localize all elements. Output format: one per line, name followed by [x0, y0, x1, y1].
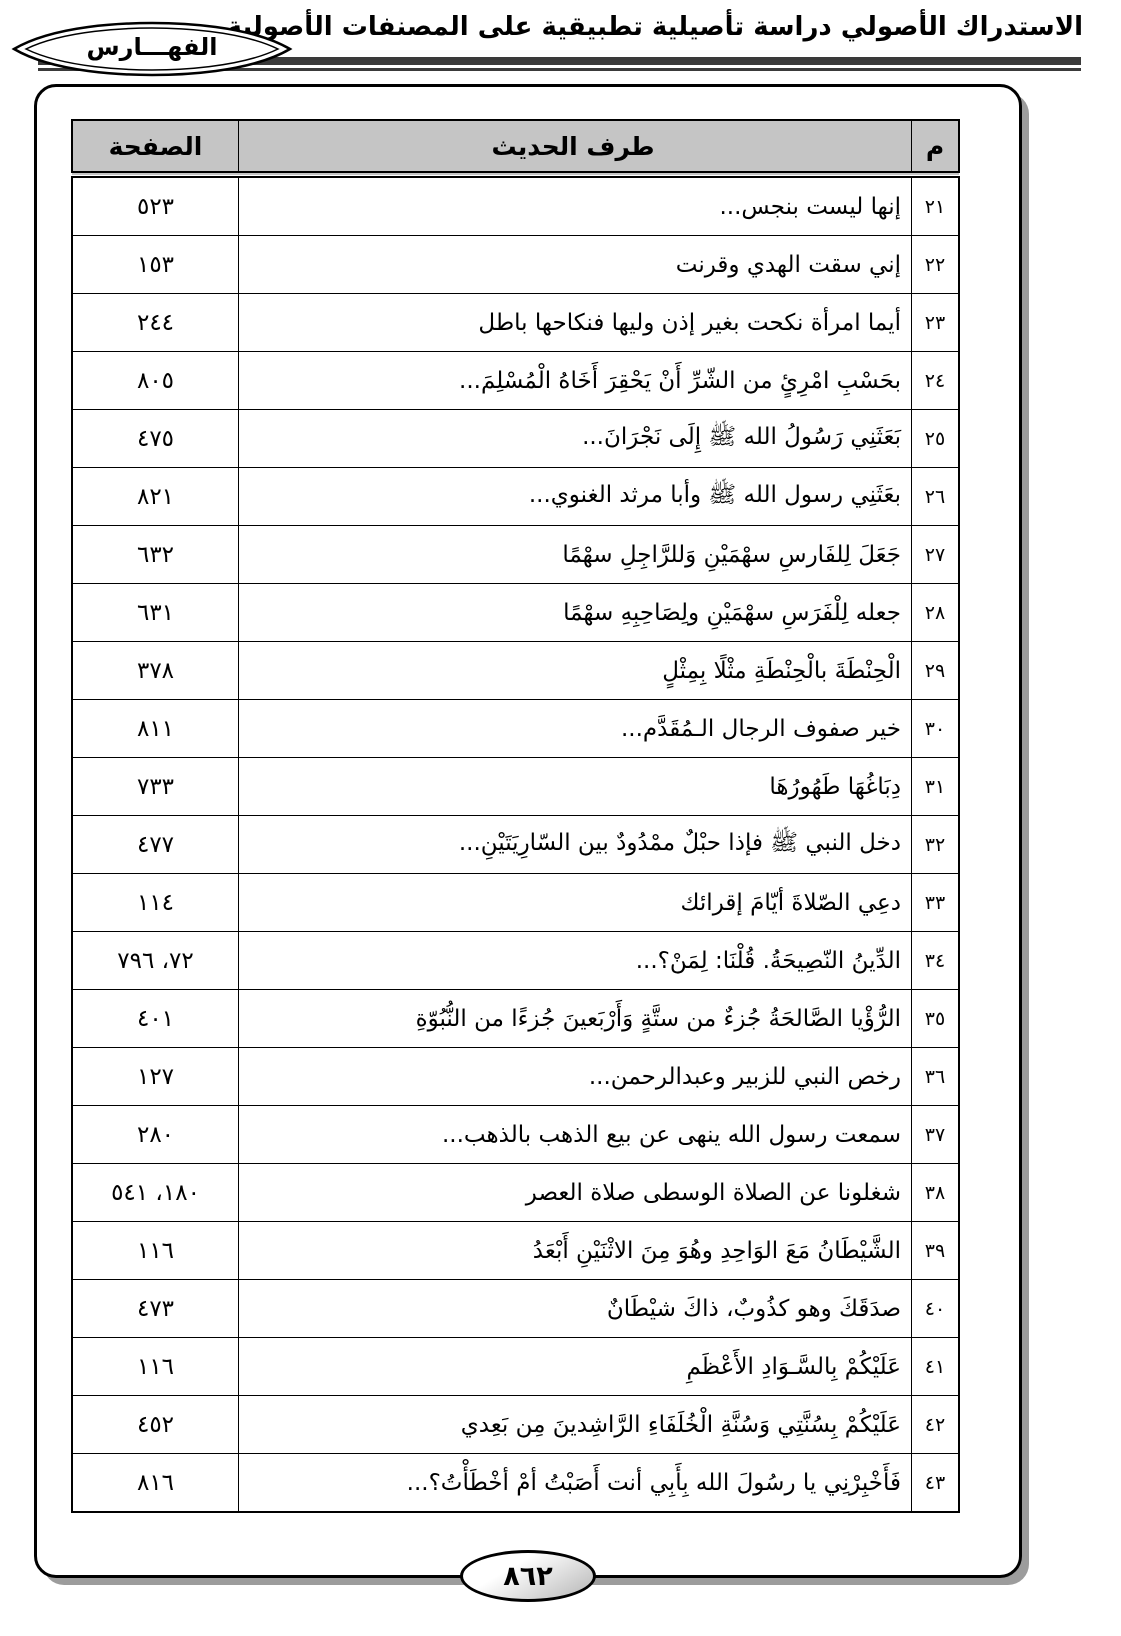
cell-text: الشَّيْطَانُ مَعَ الوَاحِدِ وهُوَ مِنَ ا…: [239, 1222, 912, 1280]
cell-text: شغلونا عن الصلاة الوسطى صلاة العصر: [239, 1164, 912, 1222]
cell-num: ٣٠: [912, 700, 960, 758]
cell-page: ٧٣٣: [72, 758, 239, 816]
cell-num: ٢١: [912, 175, 960, 236]
cell-num: ٤٠: [912, 1280, 960, 1338]
table-row: ٢١إنها ليست بنجس...٥٢٣: [72, 175, 959, 236]
cell-text: الْحِنْطَةَ بالْحِنْطَةِ مثْلًا بِمِثْلٍ: [239, 642, 912, 700]
cell-page: ١١٤: [72, 874, 239, 932]
cell-text: سمعت رسول الله ينهى عن بيع الذهب بالذهب.…: [239, 1106, 912, 1164]
table-row: ٣٧سمعت رسول الله ينهى عن بيع الذهب بالذه…: [72, 1106, 959, 1164]
cell-page: ٨٠٥: [72, 352, 239, 410]
cell-text: جَعَلَ لِلفَارسِ سهْمَيْنِ وَللرَّاجِلِ …: [239, 526, 912, 584]
cell-text: دعِي الصّلاةَ أيّامَ إقرائك: [239, 874, 912, 932]
table-row: ٤٣فَأَخْبِرْنِي يا رسُولَ الله بِأَبِي أ…: [72, 1454, 959, 1513]
table-row: ٣٩الشَّيْطَانُ مَعَ الوَاحِدِ وهُوَ مِنَ…: [72, 1222, 959, 1280]
table-row: ٣٢دخل النبي ﷺ فإذا حبْلٌ ممْدُودٌ بين ال…: [72, 816, 959, 874]
cell-num: ٣٩: [912, 1222, 960, 1280]
cell-num: ٢٩: [912, 642, 960, 700]
cell-page: ٤٥٢: [72, 1396, 239, 1454]
cell-num: ٢٧: [912, 526, 960, 584]
book-page: الاستدراك الأصولي دراسة تأصيلية تطبيقية …: [0, 0, 1121, 1636]
table-row: ٣٠خير صفوف الرجال الـمُقَدَّم...٨١١: [72, 700, 959, 758]
hadith-table-body: ٢١إنها ليست بنجس...٥٢٣٢٢إني سقت الهدي وق…: [72, 175, 959, 1513]
cell-text: جعله لِلْفَرَسِ سهْمَيْنِ ولِصَاحِبِهِ س…: [239, 584, 912, 642]
badge-label: الفهـــارس: [10, 20, 294, 78]
cell-text: إنها ليست بنجس...: [239, 175, 912, 236]
cell-page: ٨١٦: [72, 1454, 239, 1513]
table-header: م طرف الحديث الصفحة: [72, 120, 959, 175]
table-row: ٣٥الرُّؤْيا الصَّالحَةُ جُزءٌ من ستَّةٍ …: [72, 990, 959, 1048]
cell-text: عَلَيْكُمْ بِسُنَّتِي وَسُنَّةِ الْخُلَف…: [239, 1396, 912, 1454]
cell-page: ١٢٧: [72, 1048, 239, 1106]
table-row: ٢٦بعَثَنِي رسول الله ﷺ وأبا مرثد الغنوي.…: [72, 468, 959, 526]
cell-text: بحَسْبِ امْرِئٍ من الشّرِّ أَنْ يَحْقِرَ…: [239, 352, 912, 410]
indexes-badge: الفهـــارس: [10, 20, 294, 78]
cell-page: ٢٤٤: [72, 294, 239, 352]
book-title: الاستدراك الأصولي دراسة تأصيلية تطبيقية …: [197, 12, 1083, 42]
table-row: ٣١دِبَاغُهَا طَهُورُهَا٧٣٣: [72, 758, 959, 816]
cell-num: ٢٨: [912, 584, 960, 642]
cell-num: ٣٥: [912, 990, 960, 1048]
cell-page: ٤٧٣: [72, 1280, 239, 1338]
table-row: ٣٣دعِي الصّلاةَ أيّامَ إقرائك١١٤: [72, 874, 959, 932]
cell-text: فَأَخْبِرْنِي يا رسُولَ الله بِأَبِي أنت…: [239, 1454, 912, 1513]
cell-text: دخل النبي ﷺ فإذا حبْلٌ ممْدُودٌ بين السّ…: [239, 816, 912, 874]
cell-num: ٣٣: [912, 874, 960, 932]
cell-text: الرُّؤْيا الصَّالحَةُ جُزءٌ من ستَّةٍ وَ…: [239, 990, 912, 1048]
cell-num: ٤٢: [912, 1396, 960, 1454]
cell-text: أيما امرأة نكحت بغير إذن وليها فنكاحها ب…: [239, 294, 912, 352]
cell-page: ٢٨٠: [72, 1106, 239, 1164]
cell-page: ٥٢٣: [72, 175, 239, 236]
cell-num: ٢٥: [912, 410, 960, 468]
cell-text: بعَثَنِي رسول الله ﷺ وأبا مرثد الغنوي...: [239, 468, 912, 526]
table-header-row: م طرف الحديث الصفحة: [72, 120, 959, 175]
cell-num: ٢٦: [912, 468, 960, 526]
cell-page: ٨٢١: [72, 468, 239, 526]
cell-num: ٣٧: [912, 1106, 960, 1164]
cell-page: ٦٣١: [72, 584, 239, 642]
cell-num: ٣١: [912, 758, 960, 816]
column-header-num: م: [912, 120, 960, 175]
cell-page: ٧٢، ٧٩٦: [72, 932, 239, 990]
cell-page: ١١٦: [72, 1222, 239, 1280]
column-header-page: الصفحة: [72, 120, 239, 175]
cell-num: ٢٢: [912, 236, 960, 294]
table-row: ٤١عَلَيْكُمْ بِالسَّـوَادِ الأَعْظَمِ١١٦: [72, 1338, 959, 1396]
cell-text: خير صفوف الرجال الـمُقَدَّم...: [239, 700, 912, 758]
cell-page: ١١٦: [72, 1338, 239, 1396]
cell-page: ٤٠١: [72, 990, 239, 1048]
table-row: ٢٣أيما امرأة نكحت بغير إذن وليها فنكاحها…: [72, 294, 959, 352]
cell-text: الدِّينُ النّصِيحَةُ. قُلْنَا: لِمَنْ؟..…: [239, 932, 912, 990]
cell-num: ٤١: [912, 1338, 960, 1396]
cell-num: ٤٣: [912, 1454, 960, 1513]
table-row: ٣٦رخص النبي للزبير وعبدالرحمن...١٢٧: [72, 1048, 959, 1106]
table-row: ٣٤الدِّينُ النّصِيحَةُ. قُلْنَا: لِمَنْ؟…: [72, 932, 959, 990]
cell-text: إني سقت الهدي وقرنت: [239, 236, 912, 294]
cell-num: ٣٨: [912, 1164, 960, 1222]
cell-num: ٢٤: [912, 352, 960, 410]
page-number-oval: ٨٦٢: [460, 1550, 596, 1602]
cell-num: ٣٦: [912, 1048, 960, 1106]
table-row: ٤٠صدَقَكَ وهو كذُوبٌ، ذاكَ شيْطَانٌ٤٧٣: [72, 1280, 959, 1338]
table-row: ٢٨جعله لِلْفَرَسِ سهْمَيْنِ ولِصَاحِبِهِ…: [72, 584, 959, 642]
content-frame: م طرف الحديث الصفحة ٢١إنها ليست بنجس...٥…: [34, 84, 1022, 1578]
cell-page: ١٥٣: [72, 236, 239, 294]
cell-num: ٣٤: [912, 932, 960, 990]
cell-page: ٣٧٨: [72, 642, 239, 700]
table-row: ٢٢إني سقت الهدي وقرنت١٥٣: [72, 236, 959, 294]
cell-num: ٢٣: [912, 294, 960, 352]
table-row: ٢٩الْحِنْطَةَ بالْحِنْطَةِ مثْلًا بِمِثْ…: [72, 642, 959, 700]
hadith-index-table: م طرف الحديث الصفحة ٢١إنها ليست بنجس...٥…: [71, 119, 960, 1513]
cell-page: ١٨٠، ٥٤١: [72, 1164, 239, 1222]
cell-page: ٨١١: [72, 700, 239, 758]
table-row: ٢٧جَعَلَ لِلفَارسِ سهْمَيْنِ وَللرَّاجِل…: [72, 526, 959, 584]
cell-text: صدَقَكَ وهو كذُوبٌ، ذاكَ شيْطَانٌ: [239, 1280, 912, 1338]
cell-text: بَعَثَنِي رَسُولُ الله ﷺ إِلَى نَجْرَانَ…: [239, 410, 912, 468]
cell-page: ٦٣٢: [72, 526, 239, 584]
table-row: ٢٤بحَسْبِ امْرِئٍ من الشّرِّ أَنْ يَحْقِ…: [72, 352, 959, 410]
table-row: ٤٢عَلَيْكُمْ بِسُنَّتِي وَسُنَّةِ الْخُل…: [72, 1396, 959, 1454]
cell-page: ٤٧٧: [72, 816, 239, 874]
cell-num: ٣٢: [912, 816, 960, 874]
column-header-text: طرف الحديث: [239, 120, 912, 175]
cell-page: ٤٧٥: [72, 410, 239, 468]
table-row: ٢٥بَعَثَنِي رَسُولُ الله ﷺ إِلَى نَجْرَا…: [72, 410, 959, 468]
cell-text: دِبَاغُهَا طَهُورُهَا: [239, 758, 912, 816]
cell-text: عَلَيْكُمْ بِالسَّـوَادِ الأَعْظَمِ: [239, 1338, 912, 1396]
cell-text: رخص النبي للزبير وعبدالرحمن...: [239, 1048, 912, 1106]
table-row: ٣٨شغلونا عن الصلاة الوسطى صلاة العصر١٨٠،…: [72, 1164, 959, 1222]
